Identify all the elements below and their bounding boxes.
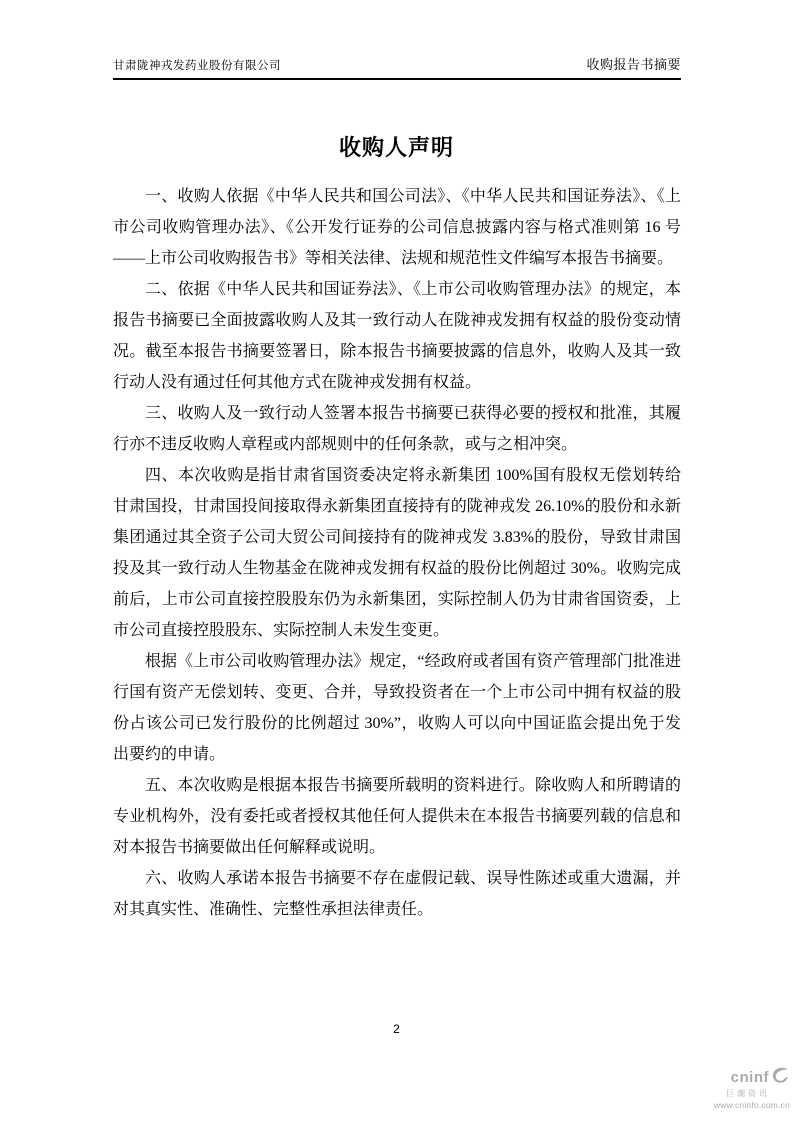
- header-doc-type: 收购报告书摘要: [586, 54, 681, 73]
- paragraph-6: 五、本次收购是根据本报告书摘要所载明的资料进行。除收购人和所聘请的专业机构外，没…: [113, 770, 681, 863]
- cninfo-brand-text: cninf: [731, 1070, 769, 1085]
- cninfo-watermark: cninf 巨潮资讯 www.cninfo.com.cn: [714, 1067, 790, 1110]
- cninfo-url: www.cninfo.com.cn: [714, 1101, 790, 1110]
- paragraph-4: 四、本次收购是指甘肃省国资委决定将永新集团 100%国有股权无偿划转给甘肃国投，…: [113, 460, 681, 646]
- cninfo-logo-row: cninf: [714, 1067, 790, 1089]
- paragraph-5: 根据《上市公司收购管理办法》规定，“经政府或者国有资产管理部门批准进行国有资产无…: [113, 646, 681, 770]
- cninfo-swirl-icon: [770, 1067, 790, 1089]
- paragraph-3: 三、收购人及一致行动人签署本报告书摘要已获得必要的授权和批准，其履行亦不违反收购…: [113, 398, 681, 460]
- paragraph-1: 一、收购人依据《中华人民共和国公司法》、《中华人民共和国证券法》、《上市公司收购…: [113, 181, 681, 274]
- page-header: 甘肃陇神戎发药业股份有限公司 收购报告书摘要: [113, 54, 681, 80]
- cninfo-chinese-name: 巨潮资讯: [714, 1090, 770, 1098]
- document-body: 一、收购人依据《中华人民共和国公司法》、《中华人民共和国证券法》、《上市公司收购…: [113, 181, 681, 925]
- page-title: 收购人声明: [0, 131, 793, 162]
- header-company-name: 甘肃陇神戎发药业股份有限公司: [113, 57, 281, 73]
- page-number: 2: [0, 1022, 793, 1036]
- document-page: 甘肃陇神戎发药业股份有限公司 收购报告书摘要 收购人声明 一、收购人依据《中华人…: [0, 0, 793, 1122]
- paragraph-7: 六、收购人承诺本报告书摘要不存在虚假记载、误导性陈述或重大遗漏，并对其真实性、准…: [113, 863, 681, 925]
- paragraph-2: 二、依据《中华人民共和国证券法》、《上市公司收购管理办法》的规定，本报告书摘要已…: [113, 274, 681, 398]
